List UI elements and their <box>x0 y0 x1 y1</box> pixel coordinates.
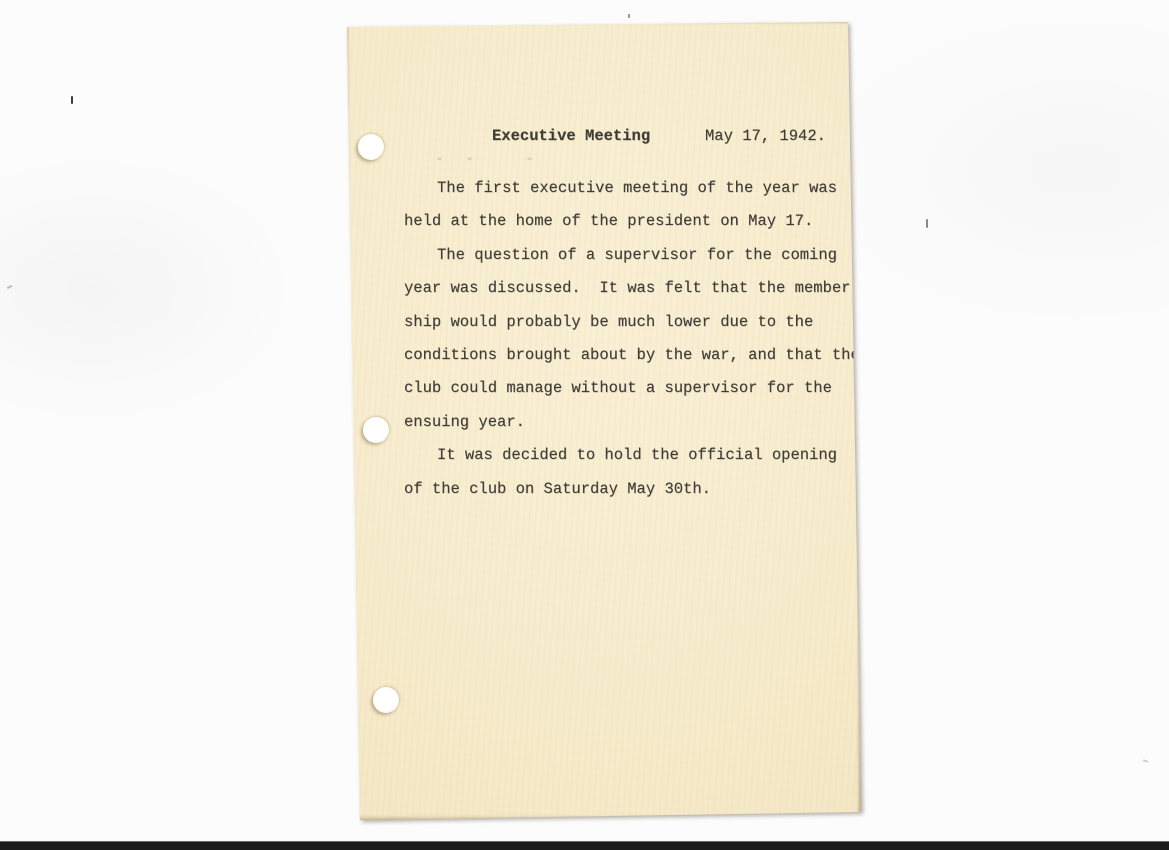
document-page: Executive Meeting May 17, 1942. - - - Th… <box>347 22 861 820</box>
dust-speck <box>628 14 630 18</box>
document-line: held at the home of the president on May… <box>404 205 834 238</box>
dust-speck <box>926 219 928 228</box>
document-line: ensuing year. <box>404 406 834 439</box>
document-title: Executive Meeting <box>492 127 650 145</box>
document-line: club could manage without a supervisor f… <box>404 372 834 405</box>
document-line: It was decided to hold the official open… <box>404 439 834 472</box>
document-line: The first executive meeting of the year … <box>404 172 834 205</box>
document-line: year was discussed. It was felt that the… <box>404 272 834 305</box>
paper-sheet: Executive Meeting May 17, 1942. - - - Th… <box>347 22 861 820</box>
document-body: The first executive meeting of the year … <box>404 172 834 506</box>
document-line: The question of a supervisor for the com… <box>404 239 834 272</box>
erased-underline-marks: - - - <box>435 151 540 168</box>
document-line: of the club on Saturday May 30th. <box>404 473 834 506</box>
punch-hole-middle <box>363 417 389 443</box>
document-line: conditions brought about by the war, and… <box>404 339 834 372</box>
scanner-edge-band <box>0 841 1169 850</box>
document-heading: Executive Meeting May 17, 1942. <box>347 127 861 149</box>
dust-speck <box>71 96 73 104</box>
document-line: ship would probably be much lower due to… <box>404 306 834 339</box>
document-date: May 17, 1942. <box>705 127 826 145</box>
punch-hole-bottom <box>373 687 399 713</box>
